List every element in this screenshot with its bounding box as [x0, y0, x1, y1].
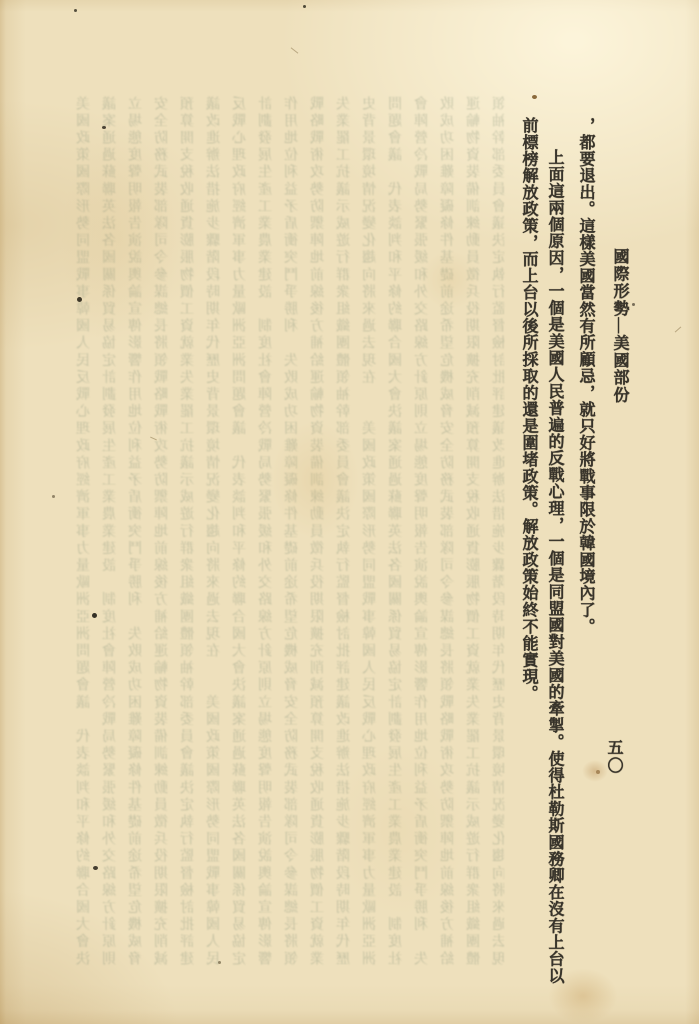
book-page: 美國政策國際形勢同盟戰事韓國人民反戰心理政府經濟軍事力量歐洲亞洲問題會議 代表談…: [0, 0, 699, 1024]
paper-speck: [218, 961, 221, 964]
text-column-1: ，都要退出。這樣美國當然有所顧忌，就只好將戰事限於韓國境內了。: [575, 117, 595, 635]
paper-fiber: [291, 47, 299, 53]
paper-stain: [60, 130, 180, 350]
paper-stain: [270, 420, 360, 540]
paper-speck: [632, 303, 635, 306]
paper-stain: [420, 250, 480, 310]
paper-speck: [303, 5, 306, 8]
paper-speck: [74, 9, 77, 12]
paper-speck: [77, 297, 82, 302]
text-column-3: 前標榜解放政策，而上台以後所採取的還是圍堵政策。解放政策始終不能實現。: [518, 117, 538, 702]
paper-speck: [93, 866, 98, 870]
paper-stain: [330, 740, 470, 920]
paper-fiber: [675, 326, 682, 332]
section-header: 國際形勢—美國部份: [609, 248, 629, 404]
text-column-2: 上面這兩個原因，一個是美國人民普遍的反戰心理，一個是同盟國對美國的牽掣。使得杜勒…: [544, 149, 564, 984]
page-number: 五〇: [603, 739, 623, 775]
paper-speck: [102, 126, 106, 129]
bleedthrough-text: 美國政策國際形勢同盟戰事韓國人民反戰心理政府經濟軍事力量歐洲亞洲問題會議 代表談…: [72, 96, 504, 968]
paper-fiber: [150, 437, 157, 441]
paper-speck: [52, 495, 55, 498]
paper-speck: [92, 613, 97, 618]
paper-speck: [596, 770, 600, 774]
paper-speck: [532, 95, 537, 99]
